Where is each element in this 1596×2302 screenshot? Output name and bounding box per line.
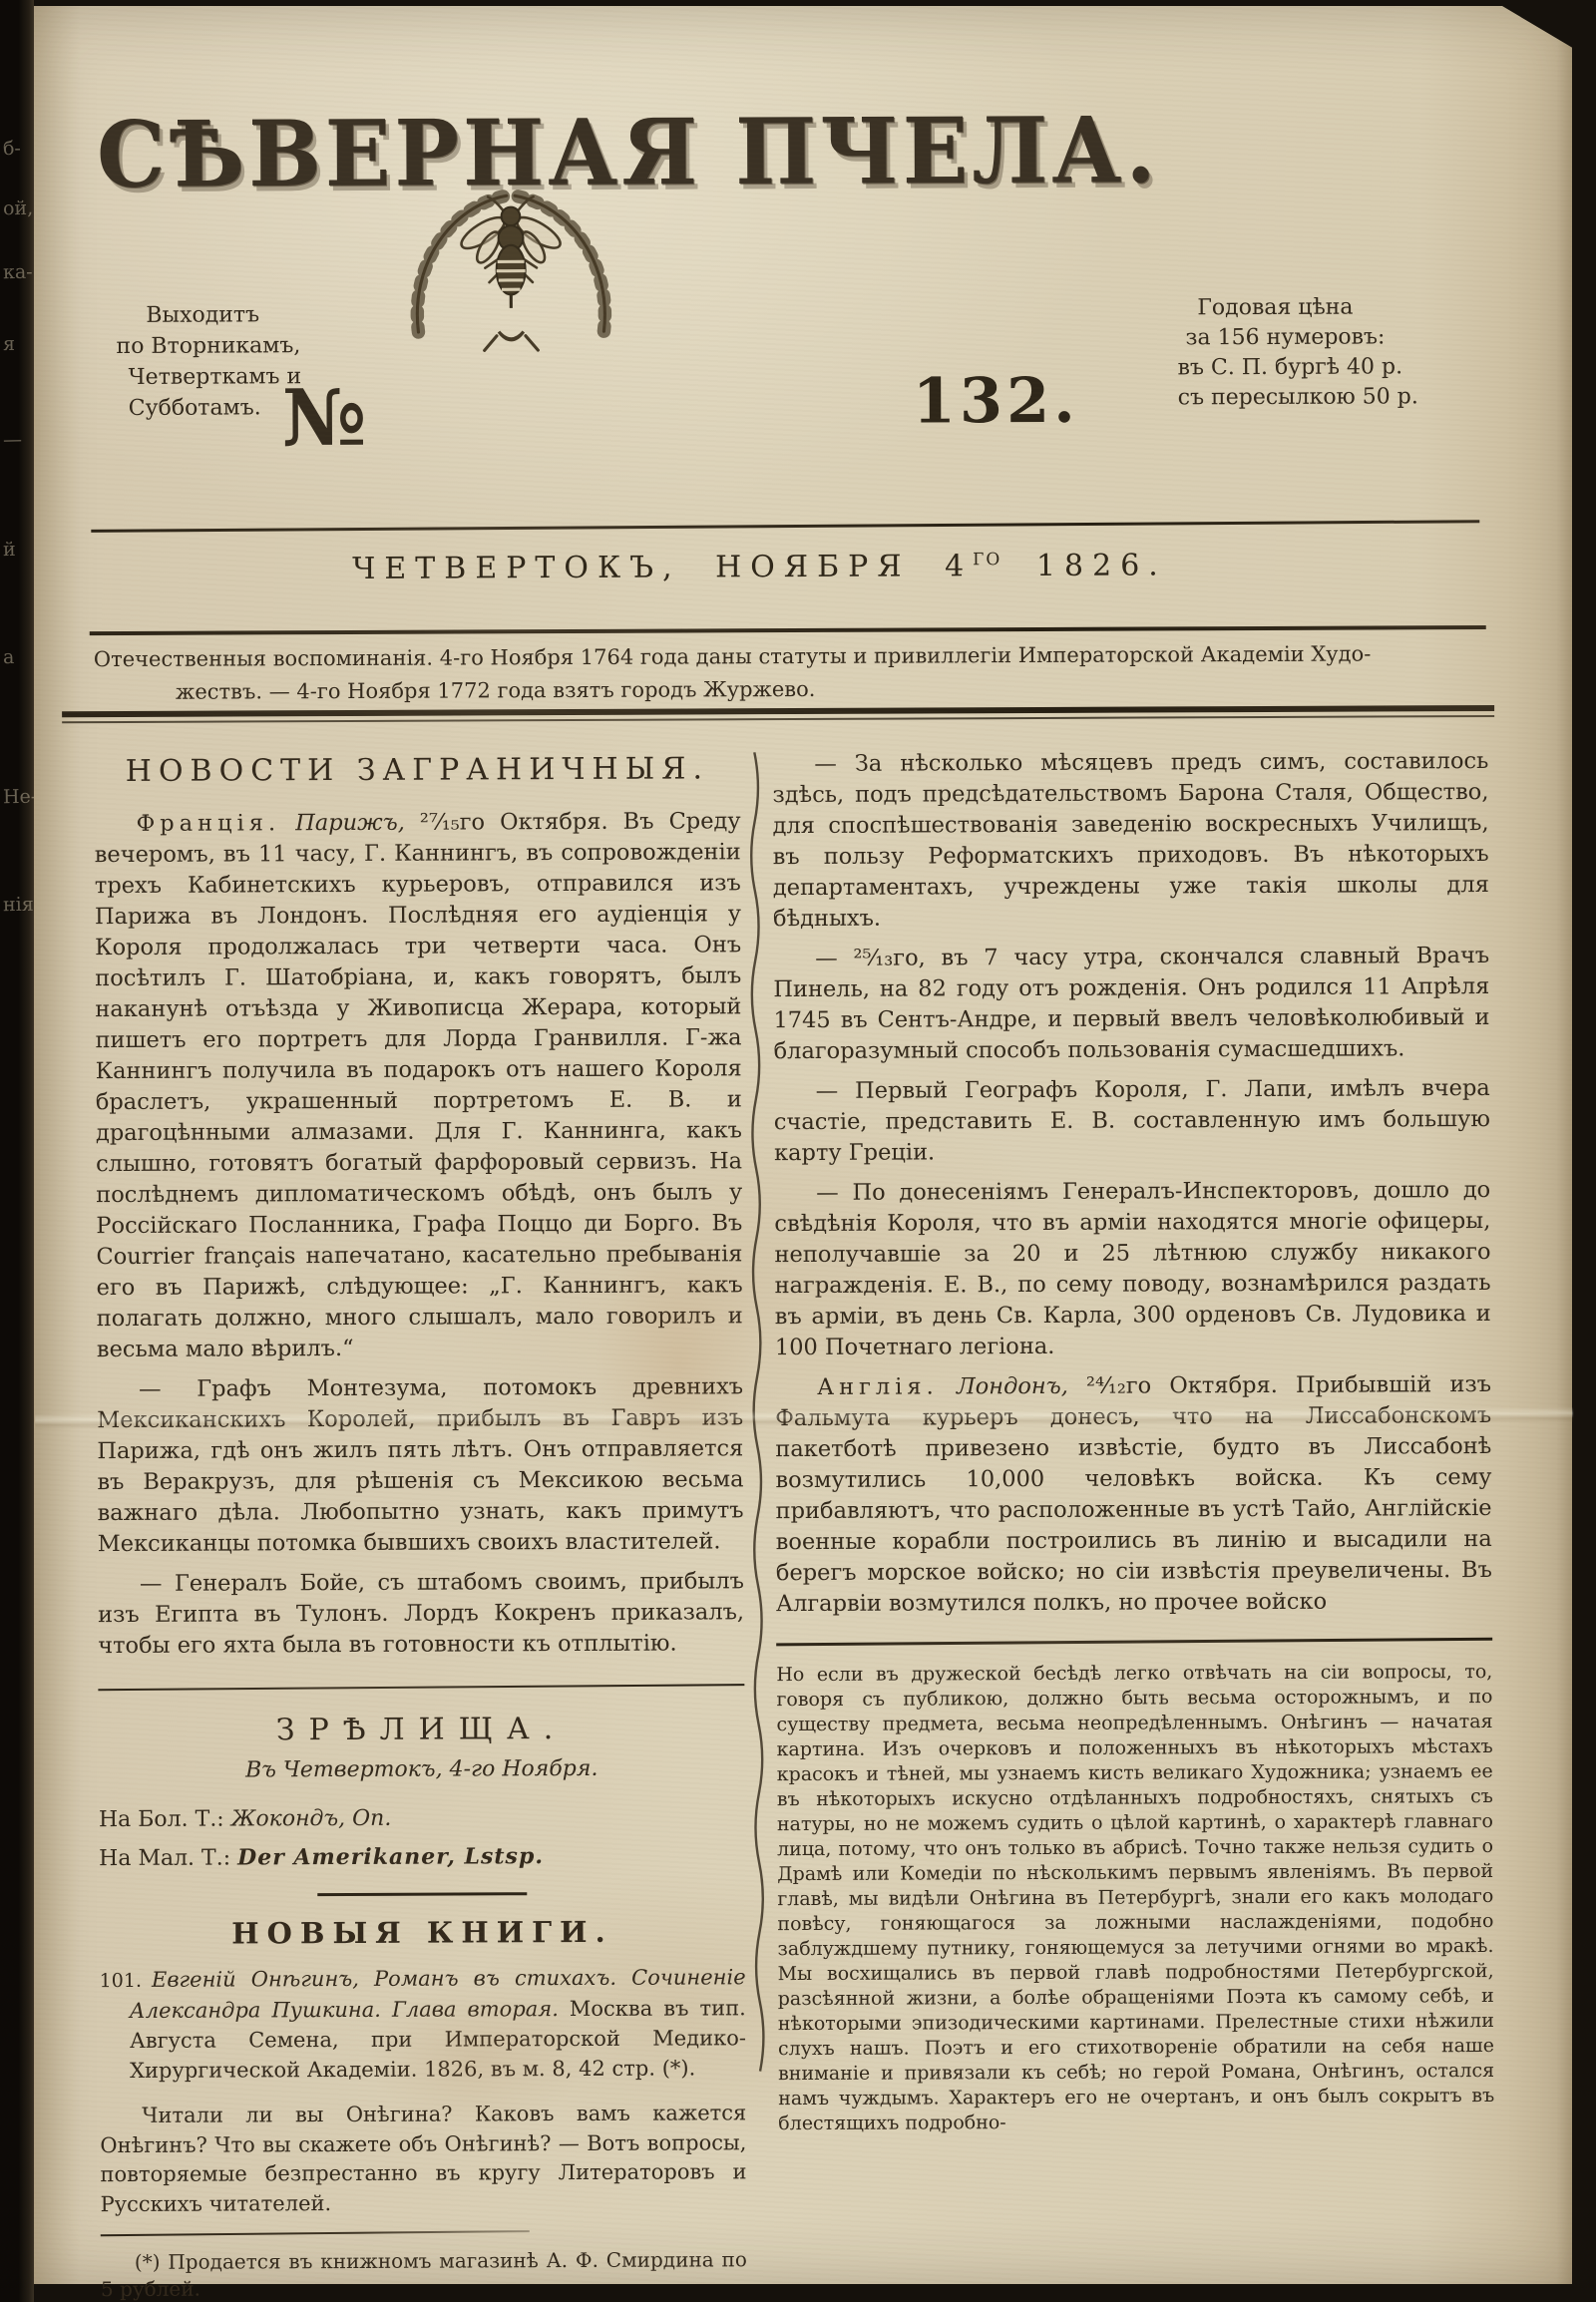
publication-schedule: Выходитъ по Вторникамъ, Четверткамъ и Су… xyxy=(116,299,386,424)
dateline-ordinal: го xyxy=(973,550,1001,570)
book-entry-number: 101. xyxy=(100,1970,152,1992)
price-line: въ С. П. бургѣ 40 р. xyxy=(1178,352,1437,383)
article-paragraph: Франція. Парижъ, ²⁷⁄₁₅го Октября. Въ Сре… xyxy=(95,806,743,1365)
section-heading-spectacles: ЗРѢЛИЩА. xyxy=(98,1711,744,1748)
book-gutter: б- ой, ка- я — й а Не- нія xyxy=(0,0,34,2302)
play-title: Жокондъ, Оп. xyxy=(231,1806,392,1832)
schedule-line: Субботамъ. xyxy=(117,392,386,424)
right-column: — За нѣсколько мѣсяцевъ предъ симъ, сост… xyxy=(772,746,1494,2136)
gutter-fragment: я xyxy=(3,333,15,355)
section-rule xyxy=(98,1684,744,1691)
country-lead: Англія. xyxy=(817,1373,939,1400)
section-heading-foreign-news: НОВОСТИ ЗАГРАНИЧНЫЯ. xyxy=(94,751,740,789)
onegin-review-paragraph: Но если въ дружеской бесѣдѣ легко отвѣча… xyxy=(776,1659,1494,2135)
schedule-line: Выходитъ xyxy=(116,299,385,331)
paragraph-text: ²⁷⁄₁₅го Октября. Въ Среду вечеромъ, въ 1… xyxy=(95,808,743,1362)
gutter-fragment: нія xyxy=(3,894,34,917)
thick-rule xyxy=(62,705,1494,717)
theatre-listing: На Бол. Т.: Жокондъ, Оп. xyxy=(99,1798,745,1839)
masthead-title: СѢВЕРНАЯ ПЧЕЛА. xyxy=(89,97,1166,208)
gutter-fragment: — xyxy=(3,429,22,451)
book-title: Евгеній Онѣгинъ, Романъ въ стихахъ. Сочи… xyxy=(130,1965,746,2023)
subscription-price: Годовая цѣна за 156 нумеровъ: въ С. П. б… xyxy=(1177,292,1437,413)
paragraph-text: ²⁴⁄₁₂го Октября. Прибывшій изъ Фальмута … xyxy=(775,1371,1492,1617)
paper-stain xyxy=(593,1233,763,1493)
paper-stain xyxy=(367,1982,588,2132)
scanned-newspaper-page: б- ой, ка- я — й а Не- нія СѢВЕРНАЯ ПЧЕЛ… xyxy=(0,0,1596,2302)
dateline: Четвертокъ, Ноября 4го 1826. xyxy=(31,547,1487,587)
price-line: за 156 нумеровъ: xyxy=(1177,322,1436,353)
city-lead: Парижъ, xyxy=(280,810,405,837)
book-entry: 101.Евгеній Онѣгинъ, Романъ въ стихахъ. … xyxy=(100,1962,747,2086)
book-imprint: Москва въ тип. Августа Семена, при Импер… xyxy=(130,1996,746,2083)
horizontal-rule xyxy=(91,520,1479,533)
gutter-fragment: ой, xyxy=(3,197,34,220)
section-heading-new-books: НОВЫЯ КНИГИ. xyxy=(99,1914,745,1951)
dateline-year: 1826. xyxy=(1001,548,1167,583)
dateline-text: Четвертокъ, Ноября 4 xyxy=(352,549,973,586)
memorial-note: Отечественныя воспоминанія. 4-го Ноября … xyxy=(94,637,1486,709)
country-lead: Франція. xyxy=(137,810,281,837)
section-rule xyxy=(317,1892,527,1896)
footnote-rule xyxy=(101,2230,530,2236)
left-column: НОВОСТИ ЗАГРАНИЧНЫЯ. Франція. Парижъ, ²⁷… xyxy=(94,749,747,2302)
theatre-listing: На Мал. Т.: Der Amerikaner, Lstsp. xyxy=(99,1836,745,1878)
thin-rule xyxy=(62,715,1494,723)
article-paragraph: — Генералъ Бойе, съ штабомъ своимъ, приб… xyxy=(98,1566,744,1662)
price-line: Годовая цѣна xyxy=(1177,292,1436,323)
city-lead: Лондонъ, xyxy=(939,1373,1068,1400)
article-paragraph: — За нѣсколько мѣсяцевъ предъ симъ, сост… xyxy=(772,746,1489,935)
paper-crease xyxy=(35,1407,1573,1430)
issue-number-symbol: № xyxy=(282,373,367,464)
horizontal-rule xyxy=(90,625,1486,635)
issue-number: 132. xyxy=(913,364,1079,438)
article-paragraph: — По донесеніямъ Генералъ-Инспекторовъ, … xyxy=(774,1175,1491,1363)
memorial-line: Отечественныя воспоминанія. 4-го Ноября … xyxy=(94,637,1486,676)
schedule-line: по Вторникамъ, xyxy=(116,330,385,362)
article-paragraph: — Графъ Монтезума, потомокъ древнихъ Мек… xyxy=(97,1371,744,1560)
bee-laurel-wreath-icon xyxy=(375,165,647,353)
section-rule xyxy=(776,1638,1492,1646)
column-divider xyxy=(746,752,768,2140)
newspaper-sheet: СѢВЕРНАЯ ПЧЕЛА. Выходитъ по Вторникамъ, … xyxy=(34,6,1572,2284)
gutter-fragment: й xyxy=(3,539,16,561)
memorial-line: жествъ. — 4-го Ноября 1772 года взятъ го… xyxy=(94,670,1486,709)
gutter-fragment: б- xyxy=(3,138,21,160)
gutter-fragment: ка- xyxy=(3,261,33,284)
review-intro-paragraph: Читали ли вы Онѣгина? Каковъ вамъ кажетс… xyxy=(100,2099,747,2219)
footnote: (*) Продается въ книжномъ магазинѣ А. Ф.… xyxy=(101,2246,747,2302)
gutter-fragment: а xyxy=(3,646,15,668)
article-paragraph: Англія. Лондонъ, ²⁴⁄₁₂го Октября. Прибыв… xyxy=(775,1369,1492,1620)
schedule-line: Четверткамъ и xyxy=(117,361,386,393)
theatre-label: На Мал. Т.: xyxy=(99,1845,237,1871)
article-paragraph: — ²⁵⁄₁₃го, въ 7 часу утра, скончался сла… xyxy=(773,941,1490,1067)
theatre-label: На Бол. Т.: xyxy=(99,1807,231,1833)
spectacles-date: Въ Четвертокъ, 4-го Ноября. xyxy=(99,1755,745,1783)
page-content: СѢВЕРНАЯ ПЧЕЛА. Выходитъ по Вторникамъ, … xyxy=(29,3,1577,2288)
price-line: съ пересылкою 50 р. xyxy=(1178,382,1437,413)
play-title-german: Der Amerikaner, Lstsp. xyxy=(237,1843,544,1870)
article-paragraph: — Первый Географъ Короля, Г. Лапи, имѣлъ… xyxy=(774,1073,1490,1169)
